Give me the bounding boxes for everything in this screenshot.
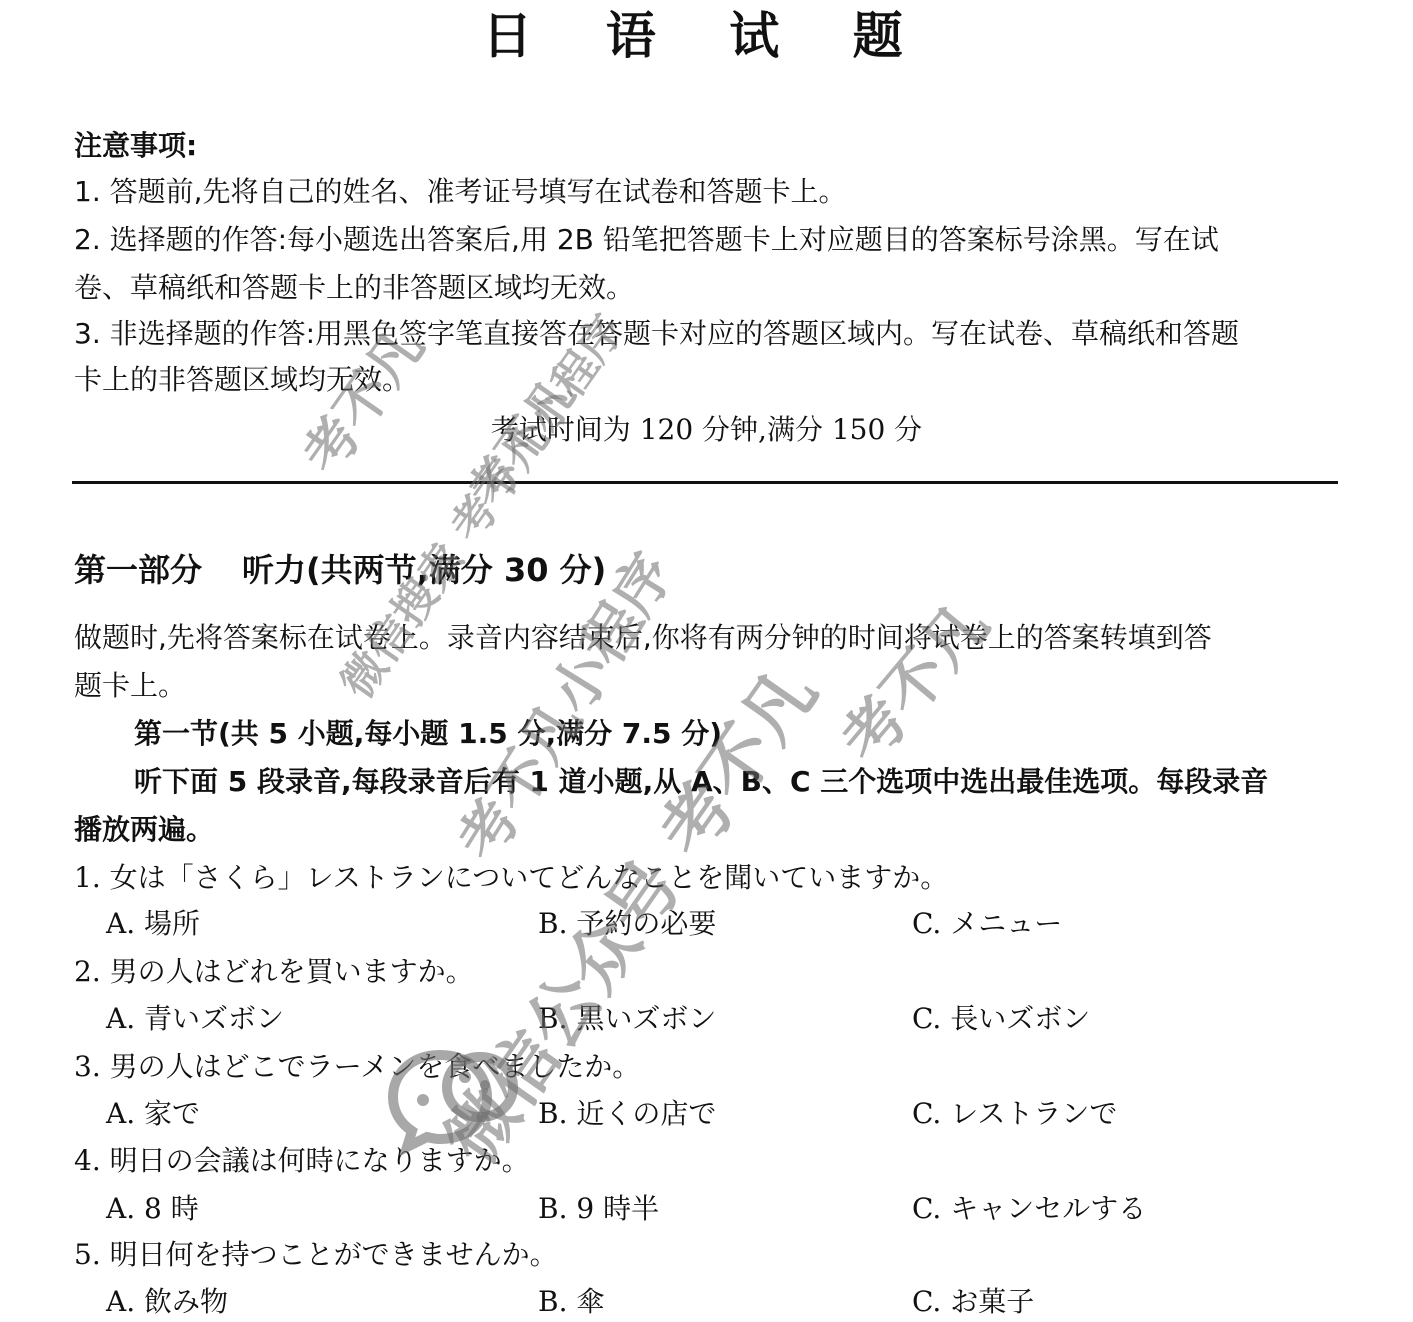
section1-title: 第一节(共 5 小题,每小题 1.5 分,满分 7.5 分) [134,716,722,752]
notice-line-2: 2. 选择题的作答:每小题选出答案后,用 2B 铅笔把答题卡上对应题目的答案标号… [74,222,1219,258]
notice-line-3: 3. 非选择题的作答:用黑色签字笔直接答在答题卡对应的答题区域内。写在试卷、草稿… [74,316,1239,352]
part1-instructions-2: 题卡上。 [74,668,186,704]
question-4-option-b: B. 9 時半 [538,1191,659,1227]
question-2-option-b: B. 黒いズボン [538,1001,716,1037]
notice-line-3-cont: 卡上的非答题区域均无效。 [74,362,410,398]
question-2-stem: 2. 男の人はどれを買いますか。 [74,954,474,990]
question-1-option-b: B. 予約の必要 [538,906,716,942]
question-3-option-b: B. 近くの店で [538,1096,716,1132]
notice-line-2-cont: 卷、草稿纸和答题卡上的非答题区域均无效。 [74,270,634,306]
part1-heading: 第一部分听力(共两节,满分 30 分) [74,548,606,592]
question-1-option-c: C. メニュー [912,906,1062,942]
question-1-stem: 1. 女は「さくら」レストランについてどんなことを聞いていますか。 [74,860,948,896]
question-4-option-a: A. 8 時 [106,1191,199,1227]
exam-page: 日 语 试 题 注意事项: 1. 答题前,先将自己的姓名、准考证号填写在试卷和答… [0,0,1413,1322]
question-5-option-c: C. お菓子 [912,1284,1034,1320]
section1-instructions-2: 播放两遍。 [74,812,214,848]
page-title: 日 语 试 题 [0,4,1413,68]
question-2-option-c: C. 長いズボン [912,1001,1090,1037]
question-5-stem: 5. 明日何を持つことができませんか。 [74,1237,558,1273]
part1-subtitle: 听力(共两节,满分 30 分) [242,551,606,589]
question-4-stem: 4. 明日の会議は何時になりますか。 [74,1143,530,1179]
exam-info: 考试时间为 120 分钟,满分 150 分 [0,412,1413,448]
question-4-option-c: C. キャンセルする [912,1191,1146,1227]
question-3-option-a: A. 家で [106,1096,200,1132]
question-1-option-a: A. 場所 [106,906,200,942]
question-3-option-c: C. レストランで [912,1096,1117,1132]
question-5-option-b: B. 傘 [538,1284,604,1320]
divider [72,481,1338,484]
notice-heading: 注意事项: [74,128,197,164]
watermark-text: 考不凡 [817,579,1005,779]
question-2-option-a: A. 青いズボン [106,1001,284,1037]
notice-line-1: 1. 答题前,先将自己的姓名、准考证号填写在试卷和答题卡上。 [74,174,847,210]
part1-instructions-1: 做题时,先将答案标在试卷上。录音内容结束后,你将有两分钟的时间将试卷上的答案转填… [74,620,1212,656]
question-5-option-a: A. 飲み物 [106,1284,228,1320]
part1-title: 第一部分 [74,551,202,589]
question-3-stem: 3. 男の人はどこでラーメンを食べましたか。 [74,1049,640,1085]
section1-instructions-1: 听下面 5 段录音,每段录音后有 1 道小题,从 A、B、C 三个选项中选出最佳… [134,764,1268,800]
